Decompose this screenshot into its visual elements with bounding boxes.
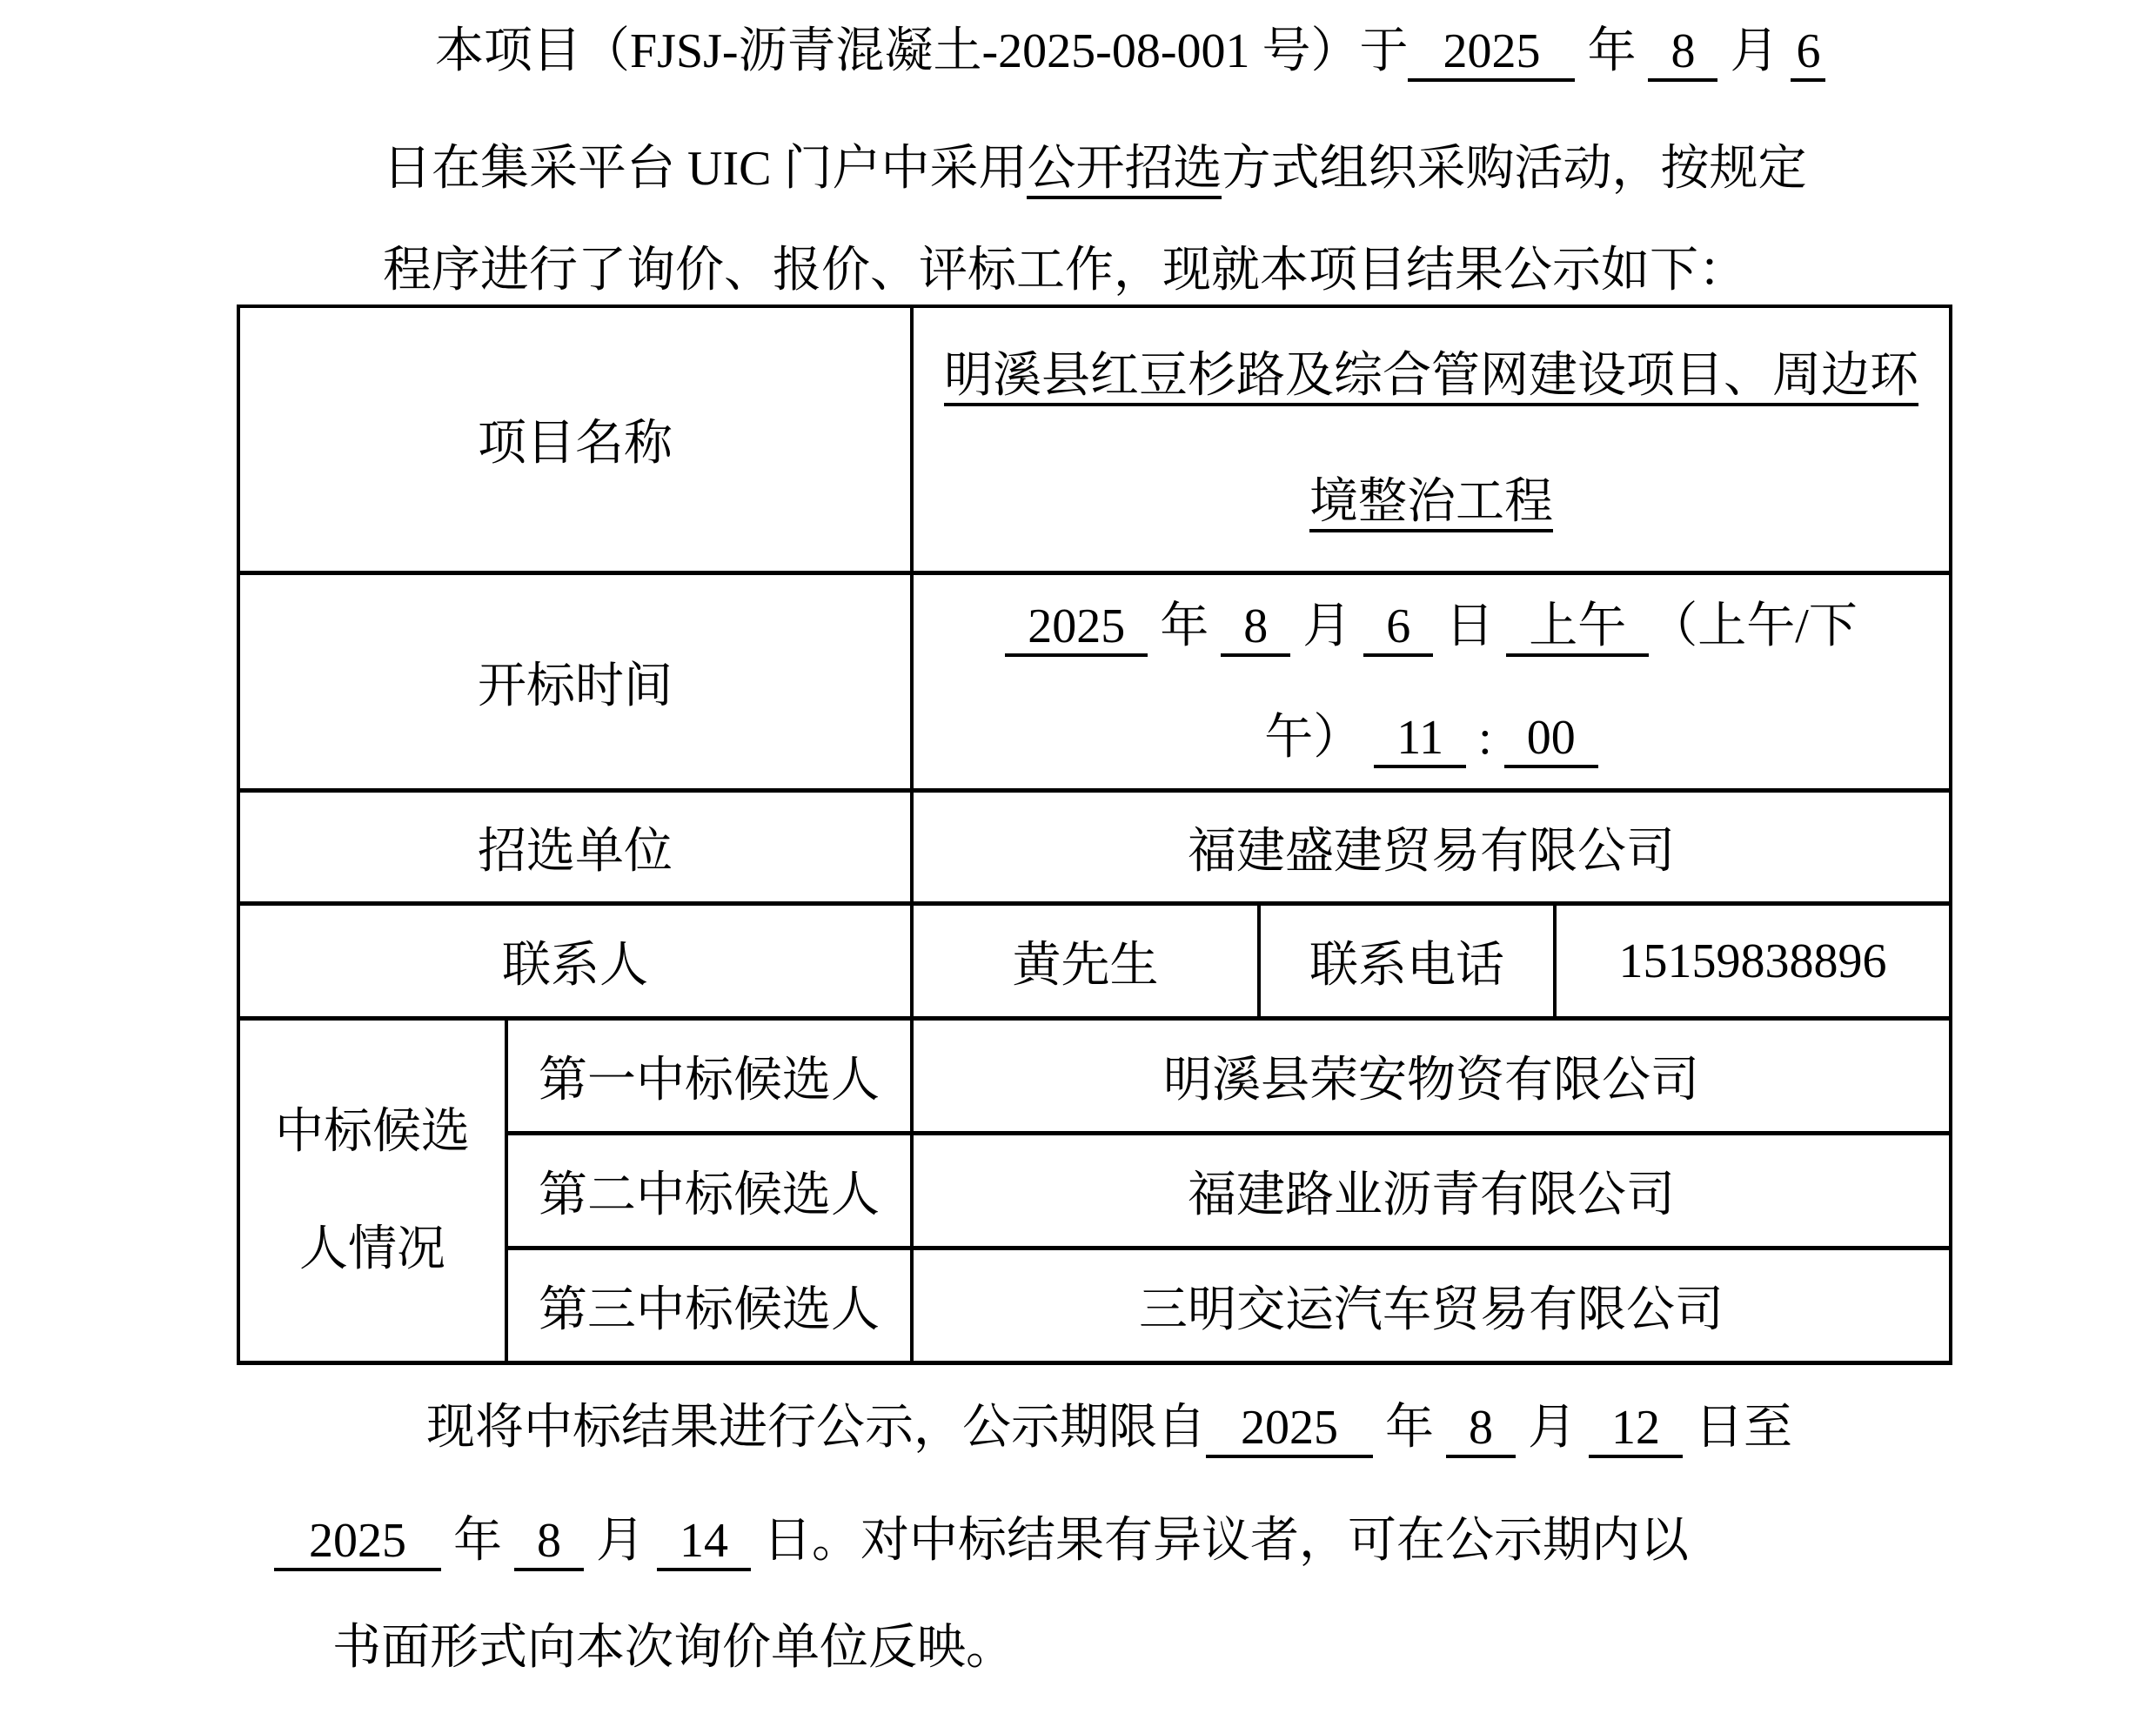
notice-end-day-blank: 14 — [657, 1514, 751, 1571]
org-value-cell: 福建盛建贸易有限公司 — [914, 793, 1952, 906]
open-time-label: 开标时间 — [478, 647, 673, 717]
notice-start-month-blank: 8 — [1446, 1401, 1516, 1458]
candidates-label-line-1: 中标候选 — [275, 1074, 470, 1191]
publish-month-blank: 8 — [1648, 24, 1717, 82]
candidate-3-rank: 第三中标候选人 — [539, 1271, 880, 1341]
intro-line-2-tail: 方式组织采购活动，按规定 — [1222, 142, 1806, 196]
open-time-line-1: 2025 年 8 月 6 日 上午（上午/下 — [1005, 575, 1858, 682]
intro-line-2-text: 日在集采平台 UIC 门户中采用 — [383, 142, 1027, 196]
notice-start-day-blank: 12 — [1589, 1401, 1683, 1458]
candidates-label-line-2: 人情况 — [299, 1191, 445, 1309]
publish-day-blank: 6 — [1791, 24, 1825, 82]
phone-label-cell: 联系电话 — [1261, 906, 1557, 1021]
candidate-3-company: 三明交运汽车贸易有限公司 — [1139, 1271, 1724, 1341]
publish-year-blank: 2025 — [1408, 24, 1575, 82]
intro-line-3: 程序进行了询价、报价、评标工作，现就本项目结果公示如下： — [383, 237, 1747, 305]
closing-line-2-tail: 日。对中标结果有异议者，可在公示期内以 — [751, 1514, 1689, 1568]
open-time-line-2: 午） 11 : 00 — [1264, 682, 1597, 793]
open-time-label-cell: 开标时间 — [240, 575, 914, 793]
hour-blank: 11 — [1374, 711, 1466, 768]
project-name-value-cell: 明溪县红豆杉路及综合管网建设项目、周边环境整治工程 — [914, 308, 1952, 575]
candidates-label-cell: 中标候选人情况 — [240, 1021, 508, 1365]
project-name-line-2: 境整治工程 — [1309, 439, 1553, 566]
phone-label: 联系电话 — [1309, 927, 1504, 996]
year-unit: 年 — [441, 1514, 514, 1568]
contact-label-cell: 联系人 — [240, 906, 914, 1021]
candidate-2-rank-cell: 第二中标候选人 — [508, 1135, 914, 1250]
year-unit: 年 — [1575, 24, 1648, 78]
closing-line-1-text: 现将中标结果进行公示，公示期限自 — [426, 1401, 1206, 1455]
month-unit: 月 — [1717, 24, 1791, 78]
ampm-options-open: （上午/下 — [1649, 599, 1858, 653]
notice-end-year-blank: 2025 — [274, 1514, 441, 1571]
contact-label: 联系人 — [502, 927, 648, 996]
org-value: 福建盛建贸易有限公司 — [1188, 813, 1675, 882]
org-label-cell: 招选单位 — [240, 793, 914, 906]
open-month-blank: 8 — [1221, 599, 1290, 657]
candidate-3-rank-cell: 第三中标候选人 — [508, 1250, 914, 1365]
intro-line-3-text: 程序进行了询价、报价、评标工作，现就本项目结果公示如下： — [383, 244, 1747, 298]
contact-value: 黄先生 — [1013, 927, 1159, 996]
closing-line-1: 现将中标结果进行公示，公示期限自2025 年 8 月 12 日至 — [426, 1394, 1792, 1462]
time-colon: : — [1466, 711, 1504, 765]
year-unit: 年 — [1148, 599, 1221, 653]
project-name-label: 项目名称 — [478, 405, 673, 474]
bid-result-table: 项目名称 明溪县红豆杉路及综合管网建设项目、周边环境整治工程 开标时间 2025… — [237, 305, 1952, 1365]
open-year-blank: 2025 — [1005, 599, 1148, 657]
notice-start-year-blank: 2025 — [1206, 1401, 1373, 1458]
procurement-method-underlined: 公开招选 — [1027, 142, 1222, 199]
candidate-1-company: 明溪县荣安物资有限公司 — [1163, 1041, 1699, 1111]
closing-line-3: 书面形式向本次询价单位反映。 — [332, 1614, 1014, 1682]
ampm-blank: 上午 — [1506, 599, 1649, 657]
year-unit: 年 — [1373, 1401, 1446, 1455]
minute-blank: 00 — [1504, 711, 1598, 768]
month-unit: 月 — [584, 1514, 657, 1568]
candidate-1-rank-cell: 第一中标候选人 — [508, 1021, 914, 1135]
day-unit: 日 — [1433, 599, 1506, 653]
open-day-blank: 6 — [1363, 599, 1433, 657]
contact-value-cell: 黄先生 — [914, 906, 1261, 1021]
project-name-line-1: 明溪县红豆杉路及综合管网建设项目、周边环 — [944, 313, 1918, 439]
phone-value: 15159838896 — [1619, 934, 1887, 989]
intro-line-1: 本项目（FJSJ-沥青混凝土-2025-08-001 号）于2025 年 8 月… — [435, 17, 1825, 85]
candidate-2-rank: 第二中标候选人 — [539, 1156, 880, 1226]
phone-value-cell: 15159838896 — [1557, 906, 1952, 1021]
month-unit: 月 — [1516, 1401, 1589, 1455]
closing-line-2: 2025 年 8 月 14 日。对中标结果有异议者，可在公示期内以 — [274, 1507, 1689, 1575]
project-name-label-cell: 项目名称 — [240, 308, 914, 575]
intro-line-2: 日在集采平台 UIC 门户中采用公开招选方式组织采购活动，按规定 — [383, 135, 1806, 203]
month-unit: 月 — [1290, 599, 1363, 653]
open-time-value-cell: 2025 年 8 月 6 日 上午（上午/下午） 11 : 00 — [914, 575, 1952, 793]
closing-line-3-text: 书面形式向本次询价单位反映。 — [332, 1621, 1014, 1675]
candidate-1-rank: 第一中标候选人 — [539, 1041, 880, 1111]
candidate-3-company-cell: 三明交运汽车贸易有限公司 — [914, 1250, 1952, 1365]
ampm-options-close: 午） — [1264, 711, 1374, 765]
candidate-2-company-cell: 福建路业沥青有限公司 — [914, 1135, 1952, 1250]
document-page: 本项目（FJSJ-沥青混凝土-2025-08-001 号）于2025 年 8 月… — [0, 0, 2156, 1727]
org-label: 招选单位 — [478, 813, 673, 882]
notice-end-month-blank: 8 — [514, 1514, 584, 1571]
intro-line-1-text: 本项目（FJSJ-沥青混凝土-2025-08-001 号）于 — [435, 24, 1408, 78]
candidate-1-company-cell: 明溪县荣安物资有限公司 — [914, 1021, 1952, 1135]
candidate-2-company: 福建路业沥青有限公司 — [1188, 1156, 1675, 1226]
closing-line-1-tail: 日至 — [1683, 1401, 1792, 1455]
